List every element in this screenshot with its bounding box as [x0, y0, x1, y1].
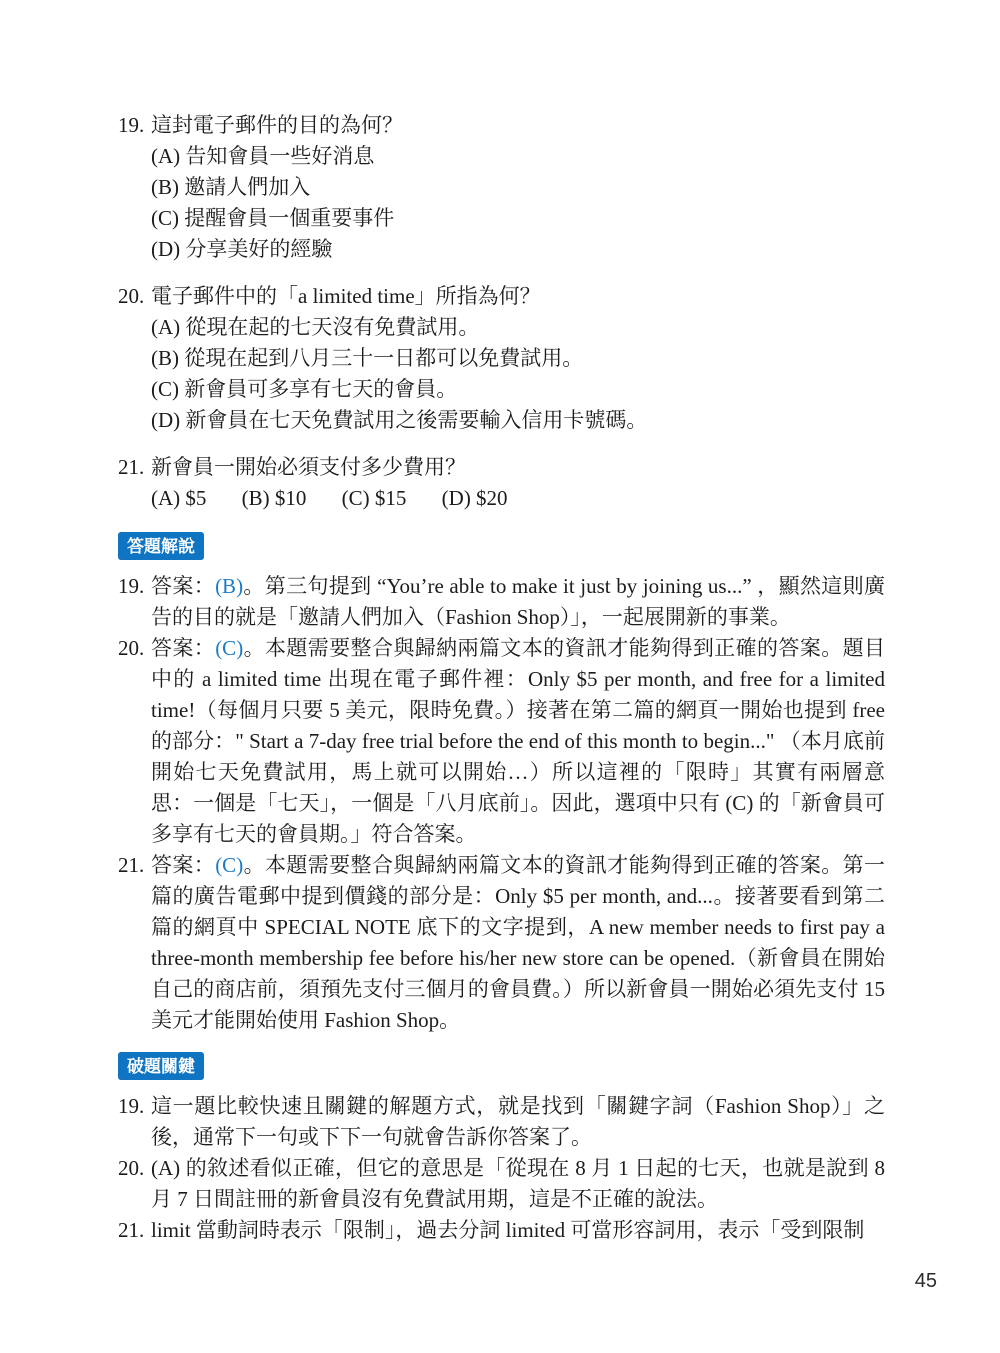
- key-item-21: 21. limit 當動詞時表示「限制」，過去分詞 limited 可當形容詞用…: [118, 1215, 885, 1246]
- key-badge: 破題關鍵: [118, 1052, 204, 1080]
- question-21: 21. 新會員一開始必須支付多少費用？ (A) $5 (B) $10 (C) $…: [118, 452, 885, 514]
- answer-letter: (B): [215, 574, 243, 598]
- question-number: 21.: [118, 452, 151, 483]
- question-option: (B) $10: [242, 483, 307, 514]
- item-text: limit 當動詞時表示「限制」，過去分詞 limited 可當形容詞用，表示「…: [151, 1215, 885, 1246]
- question-number: 19.: [118, 110, 151, 141]
- item-number: 21.: [118, 1215, 151, 1246]
- answer-prefix: 答案：: [151, 636, 215, 660]
- question-number: 20.: [118, 281, 151, 312]
- question-option: (B) 邀請人們加入: [151, 172, 885, 203]
- item-text: 答案：(C)。本題需要整合與歸納兩篇文本的資訊才能夠得到正確的答案。題目中的 a…: [151, 633, 885, 850]
- answer-explanation: 。本題需要整合與歸納兩篇文本的資訊才能夠得到正確的答案。題目中的 a limit…: [151, 636, 885, 846]
- answer-prefix: 答案：: [151, 853, 215, 877]
- question-option: (B) 從現在起到八月三十一日都可以免費試用。: [151, 343, 885, 374]
- page-content: 19. 這封電子郵件的目的為何？ (A) 告知會員一些好消息 (B) 邀請人們加…: [0, 0, 1000, 1246]
- question-text: 這封電子郵件的目的為何？: [151, 110, 885, 141]
- answer-explanation: 。第三句提到 “You’re able to make it just by j…: [151, 574, 885, 629]
- key-item-20: 20. (A) 的敘述看似正確，但它的意思是「從現在 8 月 1 日起的七天，也…: [118, 1153, 885, 1215]
- key-section: 破題關鍵 19. 這一題比較快速且關鍵的解題方式，就是找到「關鍵字詞（Fashi…: [118, 1050, 885, 1246]
- item-number: 19.: [118, 571, 151, 602]
- question-text: 新會員一開始必須支付多少費用？: [151, 452, 885, 483]
- question-option: (C) $15: [342, 483, 407, 514]
- item-text: 這一題比較快速且關鍵的解題方式，就是找到「關鍵字詞（Fashion Shop）」…: [151, 1091, 885, 1153]
- explanation-section: 答題解說 19. 答案：(B)。第三句提到 “You’re able to ma…: [118, 530, 885, 1036]
- question-option: (C) 提醒會員一個重要事件: [151, 203, 885, 234]
- question-option: (A) 告知會員一些好消息: [151, 141, 885, 172]
- explanation-badge: 答題解說: [118, 532, 204, 560]
- item-number: 19.: [118, 1091, 151, 1122]
- explanation-item-19: 19. 答案：(B)。第三句提到 “You’re able to make it…: [118, 571, 885, 633]
- question-text: 電子郵件中的「a limited time」所指為何？: [151, 281, 885, 312]
- answer-letter: (C): [215, 636, 243, 660]
- questions-section: 19. 這封電子郵件的目的為何？ (A) 告知會員一些好消息 (B) 邀請人們加…: [118, 110, 885, 514]
- item-text: (A) 的敘述看似正確，但它的意思是「從現在 8 月 1 日起的七天，也就是說到…: [151, 1153, 885, 1215]
- question-option: (A) 從現在起的七天沒有免費試用。: [151, 312, 885, 343]
- question-option: (D) $20: [442, 483, 508, 514]
- item-number: 21.: [118, 850, 151, 881]
- item-number: 20.: [118, 633, 151, 664]
- page-number: 45: [915, 1270, 937, 1293]
- question-option: (A) $5: [151, 483, 206, 514]
- explanation-item-21: 21. 答案：(C)。本題需要整合與歸納兩篇文本的資訊才能夠得到正確的答案。第一…: [118, 850, 885, 1036]
- question-options-inline: (A) $5 (B) $10 (C) $15 (D) $20: [151, 483, 885, 514]
- question-option: (D) 分享美好的經驗: [151, 234, 885, 265]
- item-text: 答案：(B)。第三句提到 “You’re able to make it jus…: [151, 571, 885, 633]
- answer-explanation: 。本題需要整合與歸納兩篇文本的資訊才能夠得到正確的答案。第一篇的廣告電郵中提到價…: [151, 853, 885, 1032]
- question-20: 20. 電子郵件中的「a limited time」所指為何？ (A) 從現在起…: [118, 281, 885, 436]
- answer-letter: (C): [215, 853, 243, 877]
- question-19: 19. 這封電子郵件的目的為何？ (A) 告知會員一些好消息 (B) 邀請人們加…: [118, 110, 885, 265]
- explanation-item-20: 20. 答案：(C)。本題需要整合與歸納兩篇文本的資訊才能夠得到正確的答案。題目…: [118, 633, 885, 850]
- key-item-19: 19. 這一題比較快速且關鍵的解題方式，就是找到「關鍵字詞（Fashion Sh…: [118, 1091, 885, 1153]
- question-option: (D) 新會員在七天免費試用之後需要輸入信用卡號碼。: [151, 405, 885, 436]
- answer-prefix: 答案：: [151, 574, 215, 598]
- question-option: (C) 新會員可多享有七天的會員。: [151, 374, 885, 405]
- item-text: 答案：(C)。本題需要整合與歸納兩篇文本的資訊才能夠得到正確的答案。第一篇的廣告…: [151, 850, 885, 1036]
- item-number: 20.: [118, 1153, 151, 1184]
